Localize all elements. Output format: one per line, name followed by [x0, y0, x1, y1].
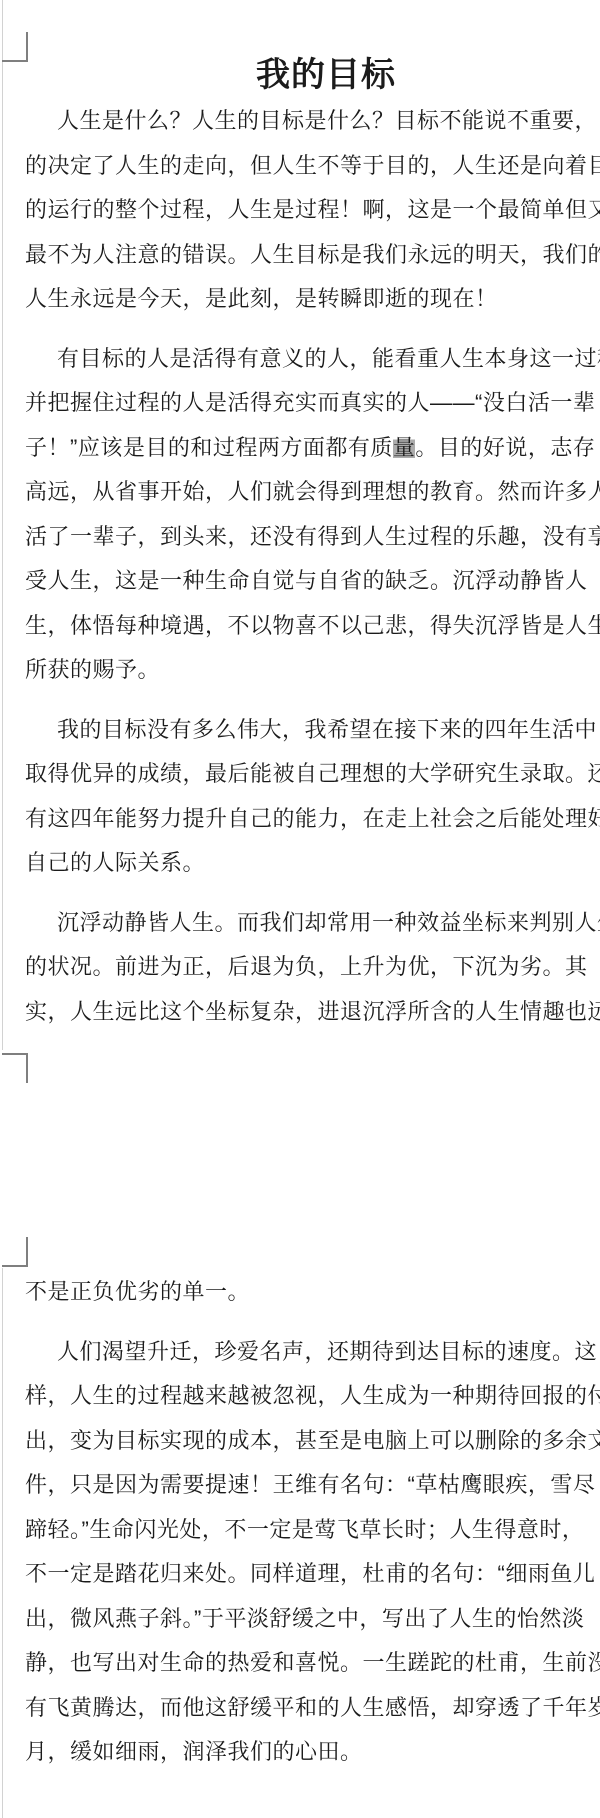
text-segment: 所获的赐予。 — [25, 657, 160, 682]
text-segment: 静，也写出对生命的热爱和喜悦。一生蹉跎的杜甫，生前没 — [25, 1650, 600, 1675]
page-2-content: 不是正负优劣的单一。人们渴望升迁，珍爱名声，还期待到达目标的速度。这样，人生的过… — [25, 1270, 600, 1775]
text-segment: 的运行的整个过程，人生是过程！啊，这是一个最简单但又 — [25, 197, 600, 222]
text-line: 最不为人注意的错误。人生目标是我们永远的明天，我们的 — [25, 233, 600, 278]
text-line: 自己的人际关系。 — [25, 841, 600, 886]
text-line: 静，也写出对生命的热爱和喜悦。一生蹉跎的杜甫，生前没 — [25, 1641, 600, 1686]
text-segment: 出，变为目标实现的成本，甚至是电脑上可以删除的多余文 — [25, 1428, 600, 1453]
text-line: 子！”应该是目的和过程两方面都有质量。目的好说，志存 — [25, 426, 600, 471]
text-segment: 有目标的人是活得有意义的人，能看重人生本身这一过程 — [57, 346, 600, 371]
text-segment: 出，微风燕子斜。”于平淡舒缓之中，写出了人生的怡然淡 — [25, 1606, 584, 1631]
text-segment: 人生永远是今天，是此刻，是转瞬即逝的现在！ — [25, 286, 498, 311]
text-segment: 取得优异的成绩，最后能被自己理想的大学研究生录取。还 — [25, 761, 600, 786]
text-line: 所获的赐予。 — [25, 648, 600, 693]
text-line: 不是正负优劣的单一。 — [25, 1270, 600, 1315]
text-line: 出，变为目标实现的成本，甚至是电脑上可以删除的多余文 — [25, 1419, 600, 1464]
text-line: 的运行的整个过程，人生是过程！啊，这是一个最简单但又 — [25, 188, 600, 233]
text-line: 月，缓如细雨，润泽我们的心田。 — [25, 1730, 600, 1775]
text-line: 我的目标没有多么伟大，我希望在接下来的四年生活中 — [25, 708, 600, 753]
page-1-text: 人生是什么？人生的目标是什么？目标不能说不重要，的决定了人生的走向，但人生不等于… — [25, 99, 600, 1034]
text-segment: 人生是什么？人生的目标是什么？目标不能说不重要， — [57, 108, 597, 133]
text-line: 取得优异的成绩，最后能被自己理想的大学研究生录取。还 — [25, 752, 600, 797]
text-line: 不一定是踏花归来处。同样道理，杜甫的名句：“细雨鱼儿 — [25, 1552, 600, 1597]
text-line: 高远，从省事开始，人们就会得到理想的教育。然而许多人 — [25, 470, 600, 515]
text-segment: 。目的好说，志存 — [415, 435, 595, 460]
text-line: 件，只是因为需要提速！王维有名句：“草枯鹰眼疾，雪尽 — [25, 1463, 600, 1508]
text-boundary-mark-top-left — [2, 1237, 28, 1267]
text-line: 沉浮动静皆人生。而我们却常用一种效益坐标来判别人生 — [25, 901, 600, 946]
document-page-2[interactable]: 不是正负优劣的单一。人们渴望升迁，珍爱名声，还期待到达目标的速度。这样，人生的过… — [0, 1237, 600, 1818]
text-line: 蹄轻。”生命闪光处，不一定是莺飞草长时；人生得意时， — [25, 1508, 600, 1553]
text-segment: 有这四年能努力提升自己的能力，在走上社会之后能处理好 — [25, 806, 600, 831]
text-segment: 我的目标没有多么伟大，我希望在接下来的四年生活中 — [57, 717, 597, 742]
page-left-edge — [2, 0, 3, 1050]
text-segment: 子！”应该是目的和过程两方面都有质 — [25, 435, 393, 460]
text-segment: 的状况。前进为正，后退为负，上升为优，下沉为劣。其 — [25, 954, 588, 979]
text-line: 受人生，这是一种生命自觉与自省的缺乏。沉浮动静皆人 — [25, 559, 600, 604]
page-1-content: 我的目标 人生是什么？人生的目标是什么？目标不能说不重要，的决定了人生的走向，但… — [25, 51, 600, 1034]
text-segment: 蹄轻。”生命闪光处，不一定是莺飞草长时；人生得意时， — [25, 1517, 584, 1542]
text-line: 人们渴望升迁，珍爱名声，还期待到达目标的速度。这 — [25, 1330, 600, 1375]
text-segment: 生，体悟每种境遇，不以物喜不以己悲，得失沉浮皆是人生 — [25, 613, 600, 638]
text-segment: 高远，从省事开始，人们就会得到理想的教育。然而许多人 — [25, 479, 600, 504]
text-segment: 不一定是踏花归来处。同样道理，杜甫的名句：“细雨鱼儿 — [25, 1561, 595, 1586]
page-2-text: 不是正负优劣的单一。人们渴望升迁，珍爱名声，还期待到达目标的速度。这样，人生的过… — [25, 1270, 600, 1775]
text-line: 有目标的人是活得有意义的人，能看重人生本身这一过程 — [25, 337, 600, 382]
text-segment: 最不为人注意的错误。人生目标是我们永远的明天，我们的 — [25, 242, 600, 267]
text-segment: 的决定了人生的走向，但人生不等于目的，人生还是向着目 — [25, 153, 600, 178]
text-line: 人生永远是今天，是此刻，是转瞬即逝的现在！ — [25, 277, 600, 322]
text-line: 人生是什么？人生的目标是什么？目标不能说不重要， — [25, 99, 600, 144]
document-title: 我的目标 — [25, 51, 600, 99]
text-segment: 人们渴望升迁，珍爱名声，还期待到达目标的速度。这 — [57, 1339, 597, 1364]
text-line: 出，微风燕子斜。”于平淡舒缓之中，写出了人生的怡然淡 — [25, 1597, 600, 1642]
text-segment: 沉浮动静皆人生。而我们却常用一种效益坐标来判别人生 — [57, 910, 600, 935]
text-line: 生，体悟每种境遇，不以物喜不以己悲，得失沉浮皆是人生 — [25, 604, 600, 649]
text-segment: 样，人生的过程越来越被忽视，人生成为一种期待回报的付 — [25, 1383, 600, 1408]
text-segment: 并把握住过程的人是活得充实而真实的人——“没白活一辈 — [25, 390, 595, 415]
text-line: 有这四年能努力提升自己的能力，在走上社会之后能处理好 — [25, 797, 600, 842]
document-page-1[interactable]: 我的目标 人生是什么？人生的目标是什么？目标不能说不重要，的决定了人生的走向，但… — [0, 0, 600, 1050]
text-segment: 实，人生远比这个坐标复杂，进退沉浮所含的人生情趣也远 — [25, 999, 600, 1024]
document-viewport: 我的目标 人生是什么？人生的目标是什么？目标不能说不重要，的决定了人生的走向，但… — [0, 0, 600, 1818]
text-line: 的状况。前进为正，后退为负，上升为优，下沉为劣。其 — [25, 945, 600, 990]
text-line: 有飞黄腾达，而他这舒缓平和的人生感悟，却穿透了千年岁 — [25, 1686, 600, 1731]
text-segment: 月，缓如细雨，润泽我们的心田。 — [25, 1739, 363, 1764]
text-segment: 有飞黄腾达，而他这舒缓平和的人生感悟，却穿透了千年岁 — [25, 1695, 600, 1720]
page-left-edge — [2, 1268, 3, 1818]
text-line: 活了一辈子，到头来，还没有得到人生过程的乐趣，没有享 — [25, 515, 600, 560]
text-boundary-mark-bottom-left — [2, 1053, 28, 1083]
text-segment: 不是正负优劣的单一。 — [25, 1279, 250, 1304]
highlighted-character: 量 — [393, 435, 416, 460]
text-segment: 活了一辈子，到头来，还没有得到人生过程的乐趣，没有享 — [25, 524, 600, 549]
text-line: 的决定了人生的走向，但人生不等于目的，人生还是向着目 — [25, 144, 600, 189]
text-segment: 件，只是因为需要提速！王维有名句：“草枯鹰眼疾，雪尽 — [25, 1472, 595, 1497]
text-line: 实，人生远比这个坐标复杂，进退沉浮所含的人生情趣也远 — [25, 990, 600, 1035]
text-line: 样，人生的过程越来越被忽视，人生成为一种期待回报的付 — [25, 1374, 600, 1419]
text-segment: 自己的人际关系。 — [25, 850, 205, 875]
text-segment: 受人生，这是一种生命自觉与自省的缺乏。沉浮动静皆人 — [25, 568, 588, 593]
text-line: 并把握住过程的人是活得充实而真实的人——“没白活一辈 — [25, 381, 600, 426]
